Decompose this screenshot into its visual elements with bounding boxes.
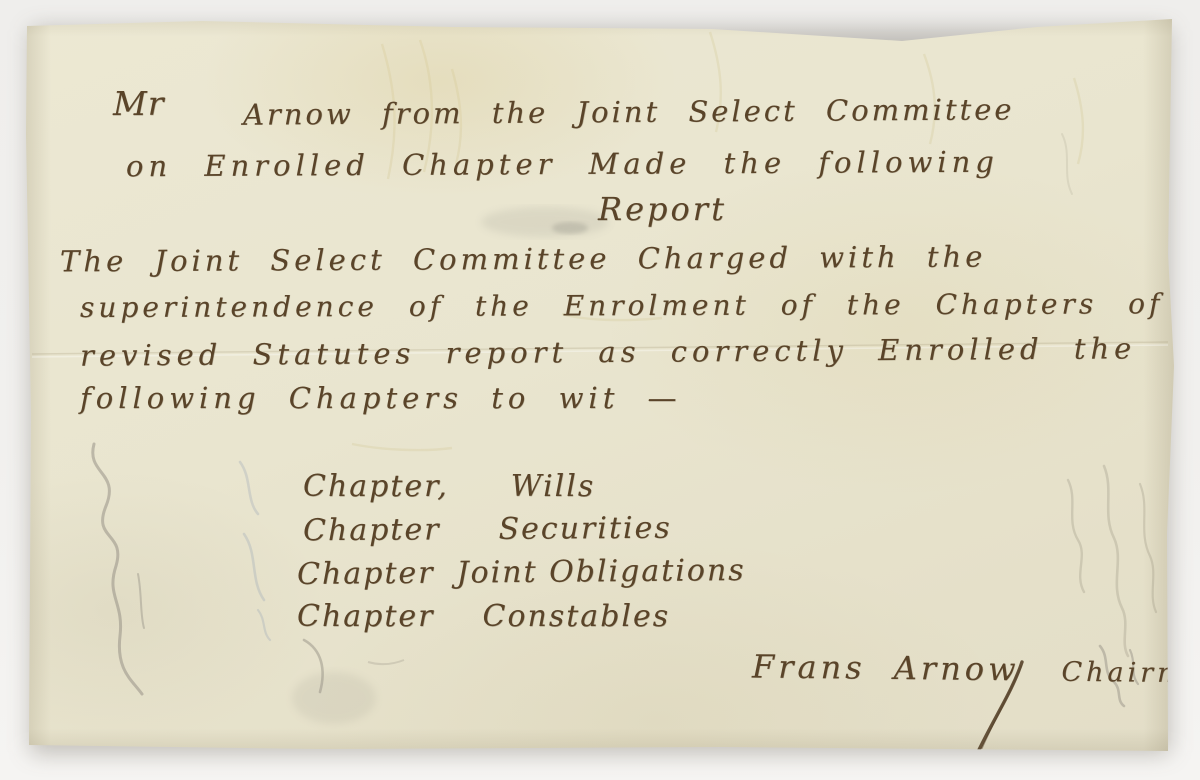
chapter-row: Chapter Joint Obligations (297, 553, 746, 592)
chapter-label: Chapter (297, 556, 435, 592)
document-paper: Mr Arnow from the Joint Select Committee… (22, 14, 1178, 758)
smudge-mark-top (481, 207, 609, 237)
bleed-marks-center-left (240, 462, 270, 640)
body-line-3: revised Statutes report as correctly Enr… (80, 331, 1136, 372)
signature-line: Frans Arnow Chairman (752, 648, 1200, 691)
body-line-2: superintendence of the Enrolment of the … (80, 287, 1200, 324)
report-title: Report (598, 190, 727, 228)
smudge-mark-bottom (292, 640, 404, 724)
chapter-subject: Securities (498, 511, 671, 547)
chapter-subject: Wills (511, 469, 596, 504)
pencil-scrawl-left (93, 444, 144, 694)
salutation-mr: Mr (113, 84, 165, 123)
chapter-subject: Constables (483, 599, 671, 634)
body-line-4: following Chapters to wit — (80, 381, 682, 415)
chapter-row: Chapter, Wills (303, 469, 595, 504)
signature-title: Chairman (1061, 657, 1200, 690)
chapter-label: Chapter (303, 512, 441, 548)
signature-name: Frans Arnow (752, 648, 1020, 689)
chapter-subject: Joint Obligations (456, 553, 745, 591)
chapter-label: Chapter, (303, 469, 449, 504)
body-line-1: The Joint Select Committee Charged with … (60, 240, 986, 279)
chapter-label: Chapter (297, 599, 435, 634)
chapter-row: Chapter Constables (297, 599, 670, 634)
bleed-through-right (1062, 134, 1156, 656)
scanned-document-photo: Mr Arnow from the Joint Select Committee… (0, 0, 1200, 780)
chapter-row: Chapter Securities (303, 511, 672, 549)
opening-line-1: Arnow from the Joint Select Committee (243, 92, 1015, 131)
opening-line-2: on Enrolled Chapter Made the following (126, 145, 999, 184)
